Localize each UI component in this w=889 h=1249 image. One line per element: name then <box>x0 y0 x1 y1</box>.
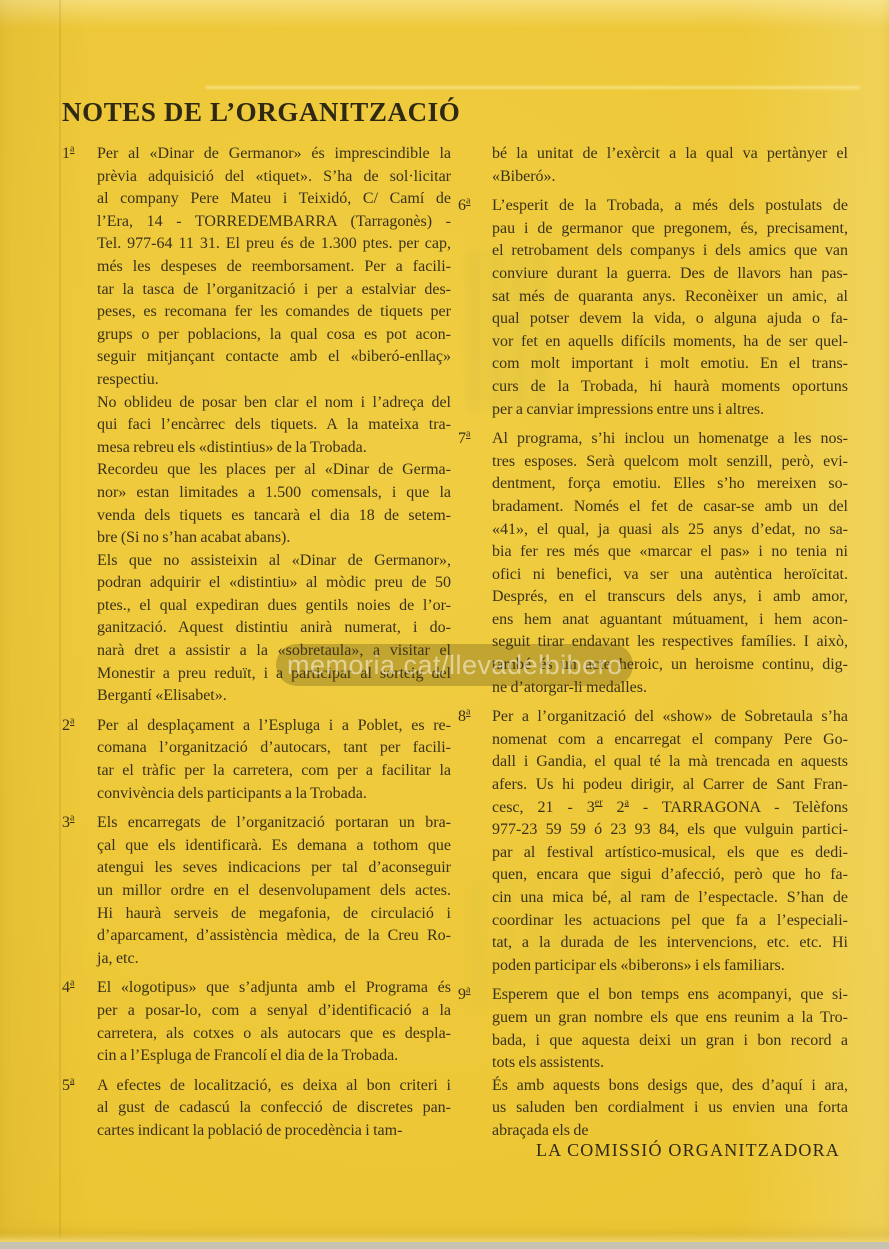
watermark-text: memoria.cat/llevadelbibero <box>276 644 633 686</box>
text-line: tat, a la durada de les intervencions, e… <box>492 932 848 955</box>
text-line: carretera, als cotxes o als autocars que… <box>97 1023 451 1046</box>
text-line: més les despeses de reemborsament. Per a… <box>97 256 451 279</box>
text-line: cin una mica bé, al ram de l’espectacle.… <box>492 887 848 910</box>
item-number: 5a <box>62 1075 97 1143</box>
item-number: 3a <box>62 812 97 970</box>
text-line: ens hem anat aguantant mútuament, i hem … <box>492 609 848 632</box>
text-line: cin a l’Espluga de Francolí el dia de la… <box>97 1045 451 1068</box>
text-line: bre (Si no s’han acabat abans). <box>97 527 451 550</box>
text-line: tres esposes. Serà quelcom molt senzill,… <box>492 451 848 474</box>
text-line: conviure durant la guerra. Des de llavor… <box>492 263 848 286</box>
text-line: pau i de germanor que pregonem, és, prec… <box>492 218 848 241</box>
list-item: 4aEl «logotipus» que s’adjunta amb el Pr… <box>62 977 451 1067</box>
text-line: Després, en el transcurs dels anys, i am… <box>492 586 848 609</box>
paragraph: Per al «Dinar de Germanor» és imprescind… <box>97 143 451 392</box>
text-line: cartes indicant la població de procedènc… <box>97 1120 451 1143</box>
text-line: vor fet en aquells difícils moments, ha … <box>492 331 848 354</box>
column-left: 1aPer al «Dinar de Germanor» és impresci… <box>62 143 451 1143</box>
paragraph: Els encarregats de l’organització portar… <box>97 812 451 970</box>
list-item: 9aEsperem que el bon temps ens acompanyi… <box>458 984 848 1142</box>
text-line: d’aparcament, d’assistència mèdica, de l… <box>97 925 451 948</box>
scanned-page: NOTES DE L’ORGANITZACIÓ 1aPer al «Dinar … <box>0 0 889 1242</box>
text-line: tar la tasca de l’organització i per a e… <box>97 279 451 302</box>
paragraph: bé la unitat de l’exèrcit a la qual va p… <box>492 143 848 188</box>
page-bottom-edge <box>0 1233 889 1242</box>
text-line: al gust de cadascú la confecció de discr… <box>97 1097 451 1120</box>
text-line: Bergantí «Elisabet». <box>97 685 451 708</box>
text-line: un millor ordre en el desenvolupament de… <box>97 880 451 903</box>
item-body: L’esperit de la Trobada, a més dels post… <box>492 195 848 421</box>
item-number <box>458 143 492 188</box>
list-item: bé la unitat de l’exèrcit a la qual va p… <box>458 143 848 188</box>
text-line: atengui les seves indicacions per tal d’… <box>97 857 451 880</box>
item-body: Per a l’organització del «show» de Sobre… <box>492 706 848 977</box>
text-line: comana l’organització d’autocars, tant p… <box>97 737 451 760</box>
text-line: Esperem que el bon temps ens acompanyi, … <box>492 984 848 1007</box>
text-line: El «logotipus» que s’adjunta amb el Prog… <box>97 977 451 1000</box>
paragraph: Per al desplaçament a l’Espluga i a Pobl… <box>97 715 451 805</box>
text-line: qui faci l’encàrrec dels tiquets. A la m… <box>97 414 451 437</box>
text-line: cesc, 21 - 3er 2a - TARRAGONA - Telèfons <box>492 797 848 820</box>
text-line: L’esperit de la Trobada, a més dels post… <box>492 195 848 218</box>
list-item: 8aPer a l’organització del «show» de Sob… <box>458 706 848 977</box>
item-body: Per al «Dinar de Germanor» és imprescind… <box>97 143 451 708</box>
text-line: nor» estan limitades a 1.500 comensals, … <box>97 482 451 505</box>
scan-crease-line <box>59 0 61 1242</box>
signature-line: LA COMISSIÓ ORGANITZADORA <box>458 1140 848 1161</box>
paragraph: L’esperit de la Trobada, a més dels post… <box>492 195 848 421</box>
text-line: tar el tràfic per la carretera, com per … <box>97 760 451 783</box>
text-line: qual potser devem la vida, o alguna ajud… <box>492 308 848 331</box>
text-line: el retrobament dels companys i dels amic… <box>492 240 848 263</box>
text-line: Tel. 977-64 11 31. El preu és de 1.300 p… <box>97 233 451 256</box>
text-line: A efectes de localització, es deixa al b… <box>97 1075 451 1098</box>
text-line: podran adquirir el «distintiu» al mòdic … <box>97 572 451 595</box>
text-line: No oblideu de posar ben clar el nom i l’… <box>97 392 451 415</box>
list-item: 6aL’esperit de la Trobada, a més dels po… <box>458 195 848 421</box>
text-line: bé la unitat de l’exèrcit a la qual va p… <box>492 143 848 166</box>
item-body: bé la unitat de l’exèrcit a la qual va p… <box>492 143 848 188</box>
text-line: poden participar els «biberons» i els fa… <box>492 955 848 978</box>
list-item: 5aA efectes de localització, es deixa al… <box>62 1075 451 1143</box>
text-line: guem un gran nombre els que ens reunim a… <box>492 1007 848 1030</box>
text-line: grups o per poblacions, la qual cosa es … <box>97 324 451 347</box>
text-line: Recordeu que les places per al «Dinar de… <box>97 459 451 482</box>
page-title: NOTES DE L’ORGANITZACIÓ <box>62 97 460 128</box>
text-line: us saluden ben cordialment i us envien u… <box>492 1097 848 1120</box>
text-line: quen, encara que sigui d’afecció, però q… <box>492 864 848 887</box>
text-line: bia fer res més que «marcar el pas» i no… <box>492 541 848 564</box>
text-line: «41», el qual, ja quasi als 25 anys d’ed… <box>492 519 848 542</box>
text-line: sat més de quaranta anys. Reconèixer un … <box>492 286 848 309</box>
text-line: al company Pere Mateu i Teixidó, C/ Camí… <box>97 188 451 211</box>
text-line: Hi haurà serveis de megafonia, de circul… <box>97 903 451 926</box>
text-line: És amb aquests bons desigs que, des d’aq… <box>492 1075 848 1098</box>
paragraph: És amb aquests bons desigs que, des d’aq… <box>492 1075 848 1143</box>
paragraph: A efectes de localització, es deixa al b… <box>97 1075 451 1143</box>
text-line: l’Era, 14 - TORREDEMBARRA (Tarragonès) - <box>97 211 451 234</box>
paragraph: Esperem que el bon temps ens acompanyi, … <box>492 984 848 1074</box>
text-line: Per al desplaçament a l’Espluga i a Pobl… <box>97 715 451 738</box>
showthrough-line <box>205 86 860 89</box>
item-number: 8a <box>458 706 492 977</box>
text-line: dentment, força emotiu. Elles s’ho merei… <box>492 473 848 496</box>
item-body: Per al desplaçament a l’Espluga i a Pobl… <box>97 715 451 805</box>
item-number: 1a <box>62 143 97 708</box>
paragraph: El «logotipus» que s’adjunta amb el Prog… <box>97 977 451 1067</box>
text-line: curs de la Trobada, hi haurà moments opo… <box>492 376 848 399</box>
text-line: Al programa, s’hi inclou un homenatge a … <box>492 428 848 451</box>
text-line: per a canviar impressions entre uns i al… <box>492 399 848 422</box>
text-line: peses, es recomana fer les comandes de t… <box>97 301 451 324</box>
text-line: afers. Us hi podeu dirigir, al Carrer de… <box>492 774 848 797</box>
list-item: 3aEls encarregats de l’organització port… <box>62 812 451 970</box>
item-body: El «logotipus» que s’adjunta amb el Prog… <box>97 977 451 1067</box>
text-line: convivència dels participants a la Troba… <box>97 783 451 806</box>
item-number: 6a <box>458 195 492 421</box>
text-line: respectiu. <box>97 369 451 392</box>
text-line: prèvia adquisició del «tiquet». S’ha de … <box>97 166 451 189</box>
text-line: bada, i que aquesta deixi un gran i bon … <box>492 1030 848 1053</box>
watermark-pill: memoria.cat/llevadelbibero <box>276 644 633 686</box>
text-line: Per al «Dinar de Germanor» és imprescind… <box>97 143 451 166</box>
text-line: Els que no assisteixin al «Dinar de Germ… <box>97 550 451 573</box>
column-right: bé la unitat de l’exèrcit a la qual va p… <box>458 143 848 1143</box>
paragraph: No oblideu de posar ben clar el nom i l’… <box>97 392 451 460</box>
text-line: coordinar les actuacions pel que fa a l’… <box>492 910 848 933</box>
item-number: 2a <box>62 715 97 805</box>
text-line: ganització. Aquest distintiu anirà numer… <box>97 617 451 640</box>
text-line: seguir mitjançant contacte amb el «biber… <box>97 346 451 369</box>
text-line: bradament. Només el fet de casar-se amb … <box>492 496 848 519</box>
text-line: Els encarregats de l’organització portar… <box>97 812 451 835</box>
text-line: per a posar-lo, com a senyal d’identific… <box>97 1000 451 1023</box>
item-body: Els encarregats de l’organització portar… <box>97 812 451 970</box>
text-line: ptes., el qual expediran dues gentils no… <box>97 595 451 618</box>
text-line: venda dels tiquets es tancarà el dia 18 … <box>97 505 451 528</box>
text-line: çal que els identificarà. Es demana a to… <box>97 835 451 858</box>
text-line: 977-23 59 59 ó 23 93 84, els que vulguin… <box>492 819 848 842</box>
text-line: Per a l’organització del «show» de Sobre… <box>492 706 848 729</box>
text-line: «Biberó». <box>492 166 848 189</box>
text-line: par al festival artístico-musical, els q… <box>492 842 848 865</box>
item-number: 9a <box>458 984 492 1142</box>
item-number: 4a <box>62 977 97 1067</box>
list-item: 2aPer al desplaçament a l’Espluga i a Po… <box>62 715 451 805</box>
paragraph: Recordeu que les places per al «Dinar de… <box>97 459 451 549</box>
text-line: com molt important i molt emotiu. En el … <box>492 353 848 376</box>
list-item: 1aPer al «Dinar de Germanor» és impresci… <box>62 143 451 708</box>
paragraph: Per a l’organització del «show» de Sobre… <box>492 706 848 977</box>
item-body: A efectes de localització, es deixa al b… <box>97 1075 451 1143</box>
text-line: ofici ni benefici, va ser una autèntica … <box>492 564 848 587</box>
item-body: Esperem que el bon temps ens acompanyi, … <box>492 984 848 1142</box>
text-line: ja, etc. <box>97 948 451 971</box>
text-line: nomenat com a encarregat el company Pere… <box>492 729 848 752</box>
text-line: dall i Gandia, el qual té la mà trencada… <box>492 751 848 774</box>
text-line: mesa rebreu els «distintius» de la Troba… <box>97 437 451 460</box>
text-line: tots els assistents. <box>492 1052 848 1075</box>
